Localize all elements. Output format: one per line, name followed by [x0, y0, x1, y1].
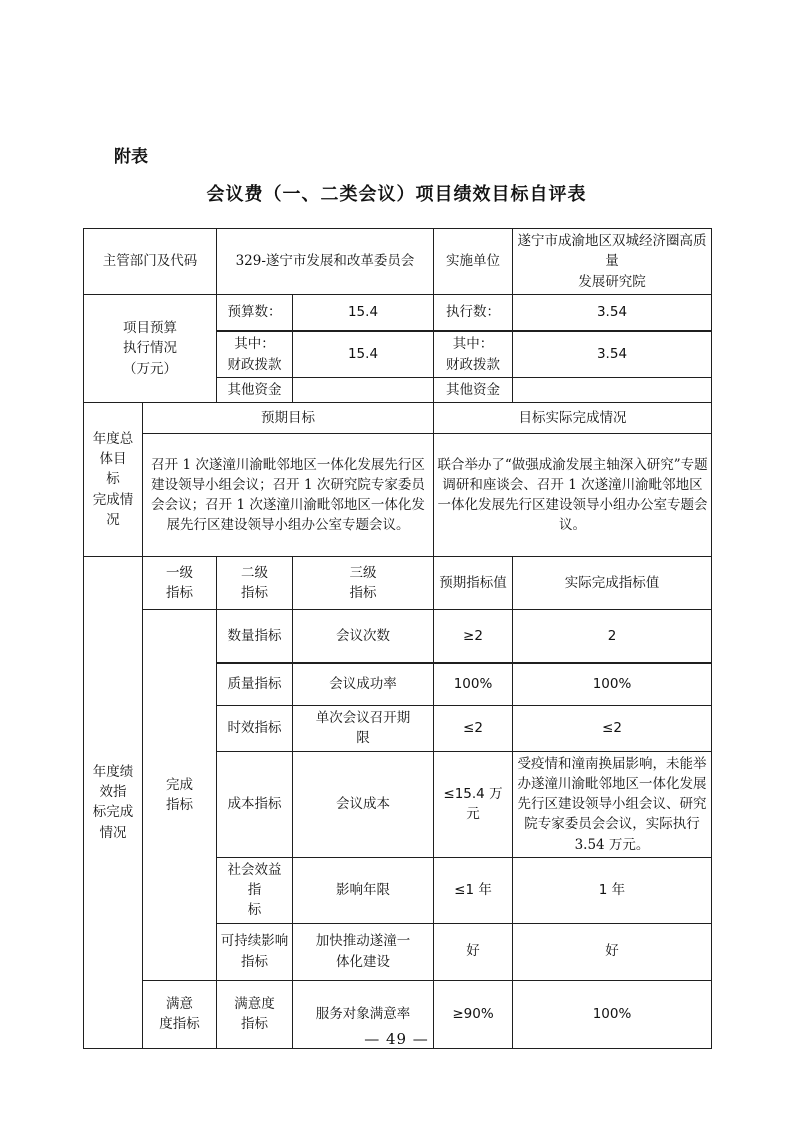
page-title: 会议费（一、二类会议）项目绩效目标自评表 [0, 180, 793, 206]
fiscal-alloc-label-right: 其中： 财政拨款 [434, 331, 513, 377]
indicator-actual: 好 [513, 923, 712, 980]
indicator-level2: 社会效益 指 标 [217, 857, 293, 923]
indicator-level2: 可持续影响 指标 [217, 923, 293, 980]
indicator-level3: 单次会议召开期 限 [293, 706, 434, 752]
header-expected: 预期指标值 [434, 557, 513, 610]
indicator-expected: 好 [434, 923, 513, 980]
indicator-level3: 加快推动遂潼一 体化建设 [293, 923, 434, 980]
annual-goal-section-label: 年度总体目 标 完成情况 [84, 403, 143, 557]
indicator-expected: ≤1 年 [434, 857, 513, 923]
other-funds-value-left [293, 377, 434, 402]
impl-unit-label: 实施单位 [434, 229, 513, 295]
indicator-expected: 100% [434, 663, 513, 706]
dept-code-value: 329-遂宁市发展和改革委员会 [217, 229, 434, 295]
indicator-level3: 会议成本 [293, 751, 434, 857]
executed-amount-value: 3.54 [513, 294, 712, 331]
indicator-level3: 会议成功率 [293, 663, 434, 706]
header-level1: 一级 指标 [143, 557, 217, 610]
executed-amount-label: 执行数： [434, 294, 513, 331]
header-level3: 三级 指标 [293, 557, 434, 610]
group-completion-label: 完成 指标 [143, 610, 217, 981]
other-funds-label-right: 其他资金 [434, 377, 513, 402]
budget-amount-label: 预算数： [217, 294, 293, 331]
expected-goal-text: 召开 1 次遂潼川渝毗邻地区一体化发展先行区建设领导小组会议；召开 1 次研究院… [143, 434, 434, 557]
indicator-actual: 2 [513, 610, 712, 663]
actual-goal-header: 目标实际完成情况 [434, 403, 712, 434]
indicator-actual: ≤2 [513, 706, 712, 752]
performance-table: 主管部门及代码 329-遂宁市发展和改革委员会 实施单位 遂宁市成渝地区双城经济… [83, 228, 712, 1049]
indicator-expected: ≥2 [434, 610, 513, 663]
other-funds-label-left: 其他资金 [217, 377, 293, 402]
other-funds-value-right [513, 377, 712, 402]
header-actual: 实际完成指标值 [513, 557, 712, 610]
fiscal-alloc-label-left: 其中： 财政拨款 [217, 331, 293, 377]
indicator-level3: 影响年限 [293, 857, 434, 923]
indicator-actual: 受疫情和潼南换届影响，未能举办遂潼川渝毗邻地区一体化发展先行区建设领导小组会议、… [513, 751, 712, 857]
indicator-level2: 数量指标 [217, 610, 293, 663]
page-number: — 49 — [0, 1030, 793, 1048]
indicator-expected: ≤15.4 万元 [434, 751, 513, 857]
indicator-section-label: 年度绩效指 标完成情况 [84, 557, 143, 1049]
indicator-actual: 100% [513, 663, 712, 706]
indicator-actual: 1 年 [513, 857, 712, 923]
actual-goal-text: 联合举办了“做强成渝发展主轴深入研究”专题调研和座谈会、召开 1 次遂潼川渝毗邻… [434, 434, 712, 557]
indicator-level2: 时效指标 [217, 706, 293, 752]
indicator-level3: 会议次数 [293, 610, 434, 663]
indicator-expected: ≤2 [434, 706, 513, 752]
page: 附表 会议费（一、二类会议）项目绩效目标自评表 主管部门及代码 329-遂宁市发… [0, 0, 793, 1122]
appendix-label: 附表 [114, 142, 148, 167]
budget-amount-value: 15.4 [293, 294, 434, 331]
dept-code-label: 主管部门及代码 [84, 229, 217, 295]
header-level2: 二级 指标 [217, 557, 293, 610]
fiscal-alloc-value-left: 15.4 [293, 331, 434, 377]
expected-goal-header: 预期目标 [143, 403, 434, 434]
budget-section-label: 项目预算 执行情况 （万元） [84, 294, 217, 402]
fiscal-alloc-value-right: 3.54 [513, 331, 712, 377]
indicator-level2: 成本指标 [217, 751, 293, 857]
indicator-level2: 质量指标 [217, 663, 293, 706]
impl-unit-value: 遂宁市成渝地区双城经济圈高质量 发展研究院 [513, 229, 712, 295]
